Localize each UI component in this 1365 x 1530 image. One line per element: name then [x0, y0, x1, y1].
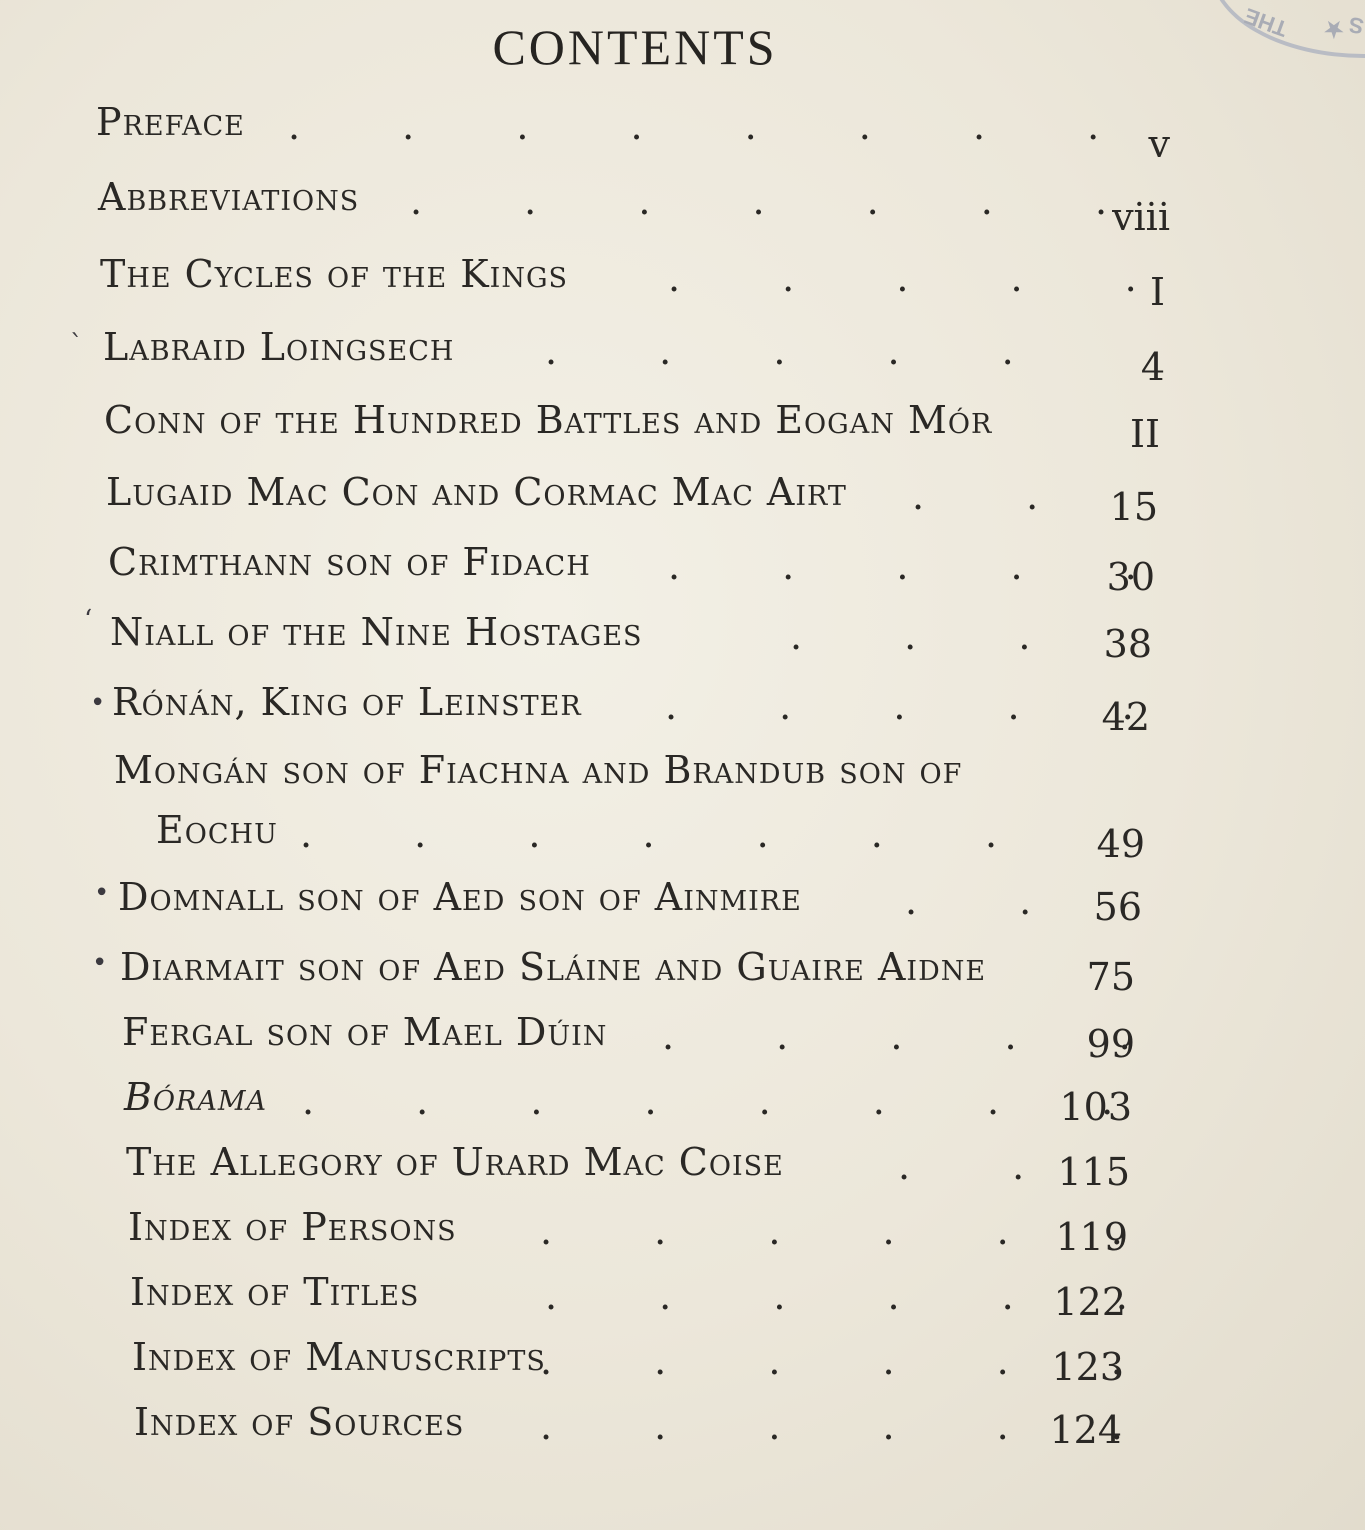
toc-entry-title: Index of Persons	[128, 1205, 457, 1249]
dot-leader: . . . . .	[668, 256, 1137, 300]
toc-page-number: 115	[1040, 1150, 1130, 1194]
pencil-mark-icon: •	[94, 878, 109, 908]
toc-entry-title: Mongán son of Fiachna and Brandub son of	[114, 748, 962, 792]
toc-entry-title: Diarmait son of Aed Sláine and Guaire Ai…	[120, 945, 986, 989]
toc-page-number: I	[1075, 270, 1165, 314]
toc-entry-title: Index of Titles	[130, 1270, 419, 1314]
dot-leader: . . . . . . .	[300, 812, 997, 856]
dot-leader: . . . . .	[545, 329, 1014, 373]
toc-entry-title: Lugaid Mac Con and Cormac Mac Airt	[106, 470, 847, 514]
toc-page-number: 56	[1052, 885, 1142, 929]
toc-page-number: 49	[1055, 822, 1145, 866]
toc-entry-title: Index of Manuscripts	[132, 1335, 546, 1379]
toc-entry-title: Conn of the Hundred Battles and Eogan Mó…	[104, 398, 992, 442]
pencil-mark-icon: ˋ	[70, 330, 83, 360]
toc-entry-title: Crimthann son of Fidach	[108, 540, 591, 584]
toc-entry-title: Eochu	[156, 808, 278, 852]
toc-page-number: 123	[1034, 1345, 1124, 1389]
dot-leader: . .	[905, 879, 1031, 923]
toc-entry-title: Domnall son of Aed son of Ainmire	[118, 875, 802, 919]
toc-page-number: 75	[1045, 955, 1135, 999]
toc-page-number: 124	[1032, 1408, 1122, 1452]
dot-leader: . . . . . . . .	[302, 1079, 1113, 1123]
toc-page-number: viii	[1080, 195, 1170, 239]
dot-leader: . . . . . .	[540, 1209, 1123, 1253]
toc-page-number: 119	[1038, 1215, 1128, 1259]
toc-entry-title: Bórama	[124, 1075, 267, 1119]
dot-leader: . . .	[790, 614, 1030, 658]
toc-entry-title: Preface	[96, 100, 245, 144]
pencil-mark-icon: ʻ	[84, 605, 92, 635]
dot-leader: . .	[912, 474, 1038, 518]
stamp-letter: S	[1347, 11, 1365, 39]
toc-entry-title: Labraid Loingsech	[103, 325, 454, 369]
toc-page-number: 38	[1062, 622, 1152, 666]
toc-entry-title: The Allegory of Urard Mac Coise	[126, 1140, 784, 1184]
pencil-mark-icon: •	[92, 948, 107, 978]
dot-leader: . . . . . . .	[410, 179, 1107, 223]
dot-leader: . .	[898, 1144, 1024, 1188]
toc-entry-title: Fergal son of Mael Dúin	[122, 1010, 607, 1054]
pencil-mark-icon: •	[90, 688, 105, 718]
toc-page-number: v	[1080, 122, 1170, 166]
toc-page-number: 4	[1075, 345, 1165, 389]
toc-page-number: II	[1070, 412, 1160, 456]
toc-entry-title: The Cycles of the Kings	[100, 252, 568, 296]
toc-entry-title: Rónán, King of Leinster	[112, 680, 582, 724]
toc-page-number: 99	[1045, 1022, 1135, 1066]
dot-leader: . . . . . . . .	[288, 104, 1099, 148]
book-page: THE ★ S CONTENTS Preface. . . . . . . .v…	[0, 0, 1365, 1530]
toc-page-number: 122	[1036, 1280, 1126, 1324]
toc-page-number: 103	[1042, 1085, 1132, 1129]
toc-page-number: 42	[1060, 695, 1150, 739]
star-icon: ★	[1324, 16, 1344, 42]
toc-page-number: 30	[1065, 555, 1155, 599]
toc-entry-title: Niall of the Nine Hostages	[110, 610, 643, 654]
toc-entry-title: Abbreviations	[98, 175, 359, 219]
toc-page-number: 15	[1068, 485, 1158, 529]
page-title: CONTENTS	[0, 18, 1270, 76]
toc-entry-title: Index of Sources	[134, 1400, 464, 1444]
